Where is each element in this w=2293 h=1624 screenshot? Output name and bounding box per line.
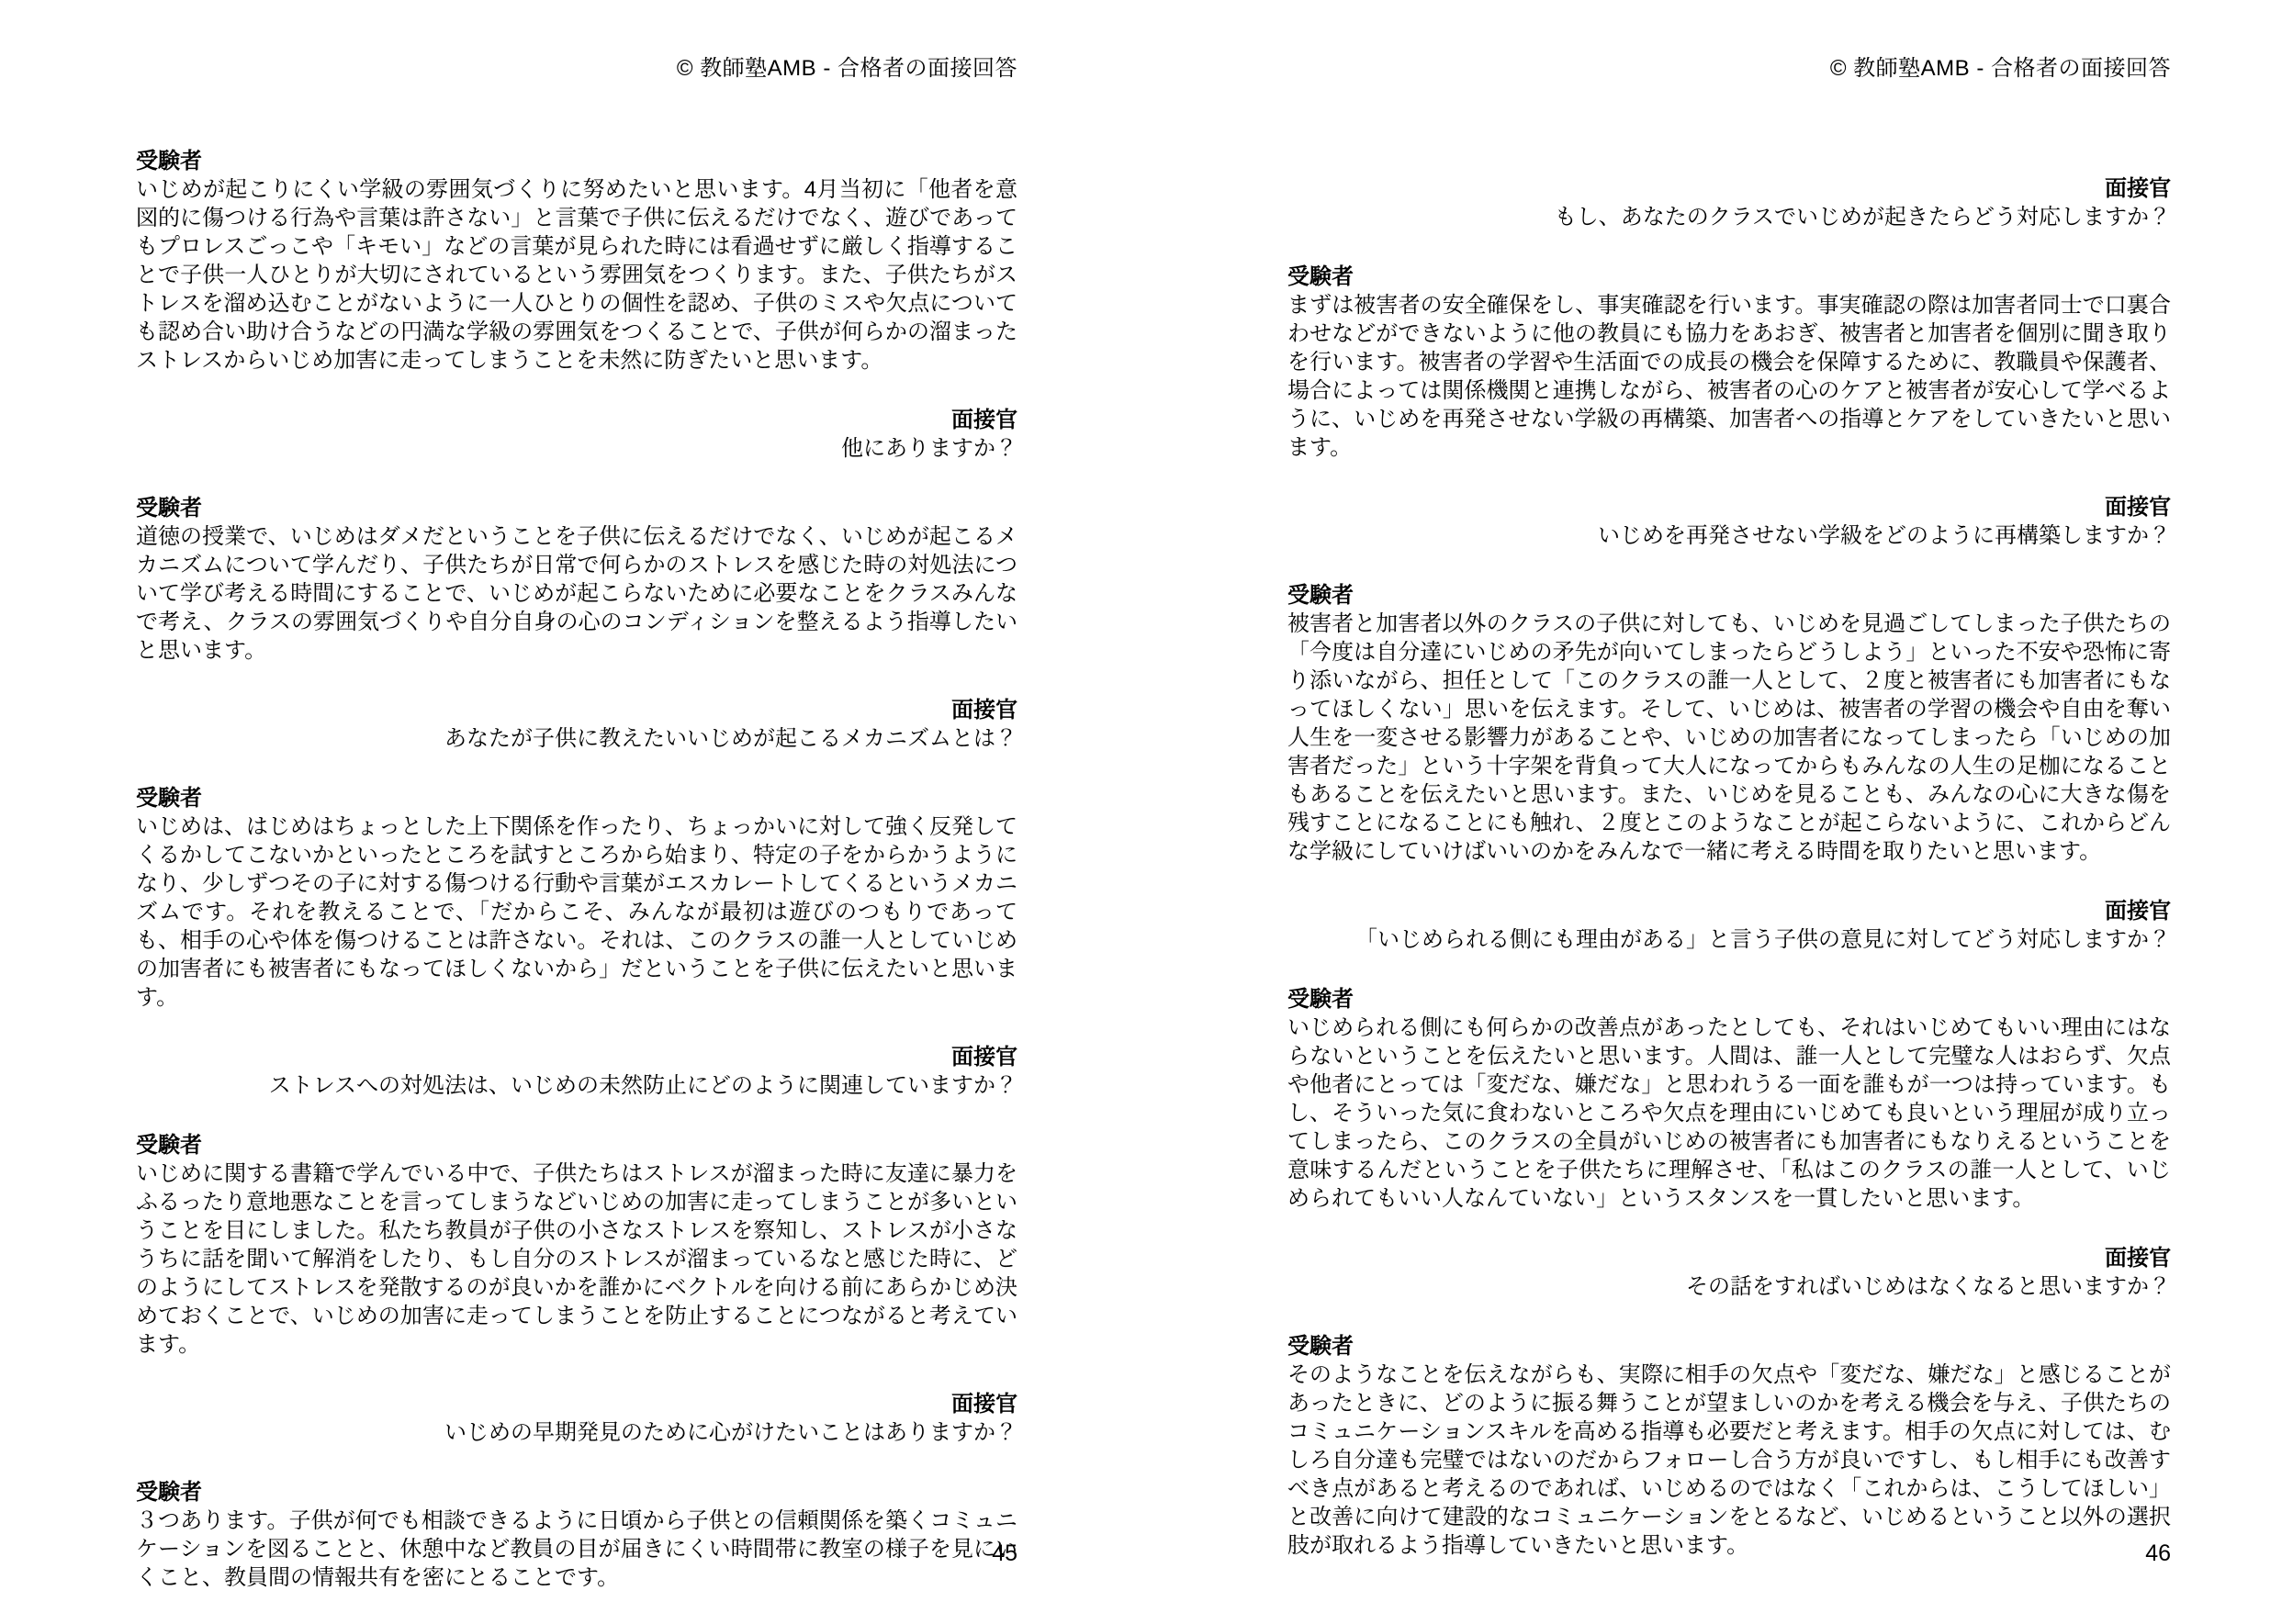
answer-block: 受験者 いじめは、はじめはちょっとした上下関係を作ったり、ちょっかいに対して強く…	[136, 784, 1017, 1012]
speaker-label-examinee: 受験者	[136, 494, 1017, 522]
question-block: 面接官 いじめの早期発見のために心がけたいことはありますか？	[136, 1390, 1017, 1447]
speaker-label-examinee: 受験者	[136, 784, 1017, 812]
question-block: 面接官 「いじめられる側にも理由がある」と言う子供の意見に対してどう対応しますか…	[1287, 897, 2171, 954]
page-number: 45	[992, 1540, 1017, 1567]
answer-text: 被害者と加害者以外のクラスの子供に対しても、いじめを見過ごしてしまった子供たちの…	[1287, 610, 2171, 866]
answer-text: いじめに関する書籍で学んでいる中で、子供たちはストレスが溜まった時に友達に暴力を…	[136, 1159, 1017, 1359]
speaker-label-examinee: 受験者	[1287, 263, 2171, 291]
page-header: © 教師塾AMB - 合格者の面接回答	[1287, 0, 2171, 83]
speaker-label-examinee: 受験者	[1287, 1332, 2171, 1361]
answer-text: いじめが起こりにくい学級の雰囲気づくりに努めたいと思います。4月当初に「他者を意…	[136, 175, 1017, 375]
question-text: その話をすればいじめはなくなると思いますか？	[1287, 1272, 2171, 1301]
question-block: 面接官 他にありますか？	[136, 406, 1017, 463]
answer-text: まずは被害者の安全確保をし、事実確認を行います。事実確認の際は加害者同士で口裏合…	[1287, 291, 2171, 462]
speaker-label-examinee: 受験者	[136, 1478, 1017, 1506]
answer-block: 受験者 被害者と加害者以外のクラスの子供に対しても、いじめを見過ごしてしまった子…	[1287, 581, 2171, 866]
answer-block: 受験者 道徳の授業で、いじめはダメだということを子供に伝えるだけでなく、いじめが…	[136, 494, 1017, 665]
page-header: © 教師塾AMB - 合格者の面接回答	[136, 0, 1017, 83]
page-number: 46	[2145, 1540, 2171, 1567]
answer-block: 受験者 いじめられる側にも何らかの改善点があったとしても、それはいじめてもいい理…	[1287, 985, 2171, 1213]
page-45-content: 受験者 いじめが起こりにくい学級の雰囲気づくりに努めたいと思います。4月当初に「…	[136, 147, 1017, 1592]
page-46: © 教師塾AMB - 合格者の面接回答 面接官 もし、あなたのクラスでいじめが起…	[1146, 0, 2293, 1624]
answer-block: 受験者 いじめが起こりにくい学級の雰囲気づくりに努めたいと思います。4月当初に「…	[136, 147, 1017, 375]
speaker-label-interviewer: 面接官	[1287, 1244, 2171, 1272]
speaker-label-interviewer: 面接官	[1287, 174, 2171, 203]
speaker-label-examinee: 受験者	[1287, 581, 2171, 610]
page-45: © 教師塾AMB - 合格者の面接回答 受験者 いじめが起こりにくい学級の雰囲気…	[0, 0, 1146, 1624]
answer-block: 受験者 そのようなことを伝えながらも、実際に相手の欠点や「変だな、嫌だな」と感じ…	[1287, 1332, 2171, 1560]
answer-block: 受験者 ３つあります。子供が何でも相談できるように日頃から子供との信頼関係を築く…	[136, 1478, 1017, 1592]
question-text: いじめの早期発見のために心がけたいことはありますか？	[136, 1418, 1017, 1447]
question-text: 「いじめられる側にも理由がある」と言う子供の意見に対してどう対応しますか？	[1287, 925, 2171, 954]
question-block: 面接官 あなたが子供に教えたいいじめが起こるメカニズムとは？	[136, 696, 1017, 753]
question-text: いじめを再発させない学級をどのように再構築しますか？	[1287, 521, 2171, 550]
question-text: ストレスへの対処法は、いじめの未然防止にどのように関連していますか？	[136, 1071, 1017, 1100]
speaker-label-interviewer: 面接官	[136, 1390, 1017, 1418]
question-text: 他にありますか？	[136, 434, 1017, 463]
speaker-label-interviewer: 面接官	[1287, 897, 2171, 925]
speaker-label-interviewer: 面接官	[136, 406, 1017, 434]
speaker-label-examinee: 受験者	[136, 1131, 1017, 1159]
question-block: 面接官 いじめを再発させない学級をどのように再構築しますか？	[1287, 493, 2171, 550]
speaker-label-examinee: 受験者	[136, 147, 1017, 175]
answer-text: いじめられる側にも何らかの改善点があったとしても、それはいじめてもいい理由にはな…	[1287, 1014, 2171, 1213]
answer-text: 道徳の授業で、いじめはダメだということを子供に伝えるだけでなく、いじめが起こるメ…	[136, 522, 1017, 665]
answer-block: 受験者 まずは被害者の安全確保をし、事実確認を行います。事実確認の際は加害者同士…	[1287, 263, 2171, 462]
speaker-label-examinee: 受験者	[1287, 985, 2171, 1014]
question-text: あなたが子供に教えたいいじめが起こるメカニズムとは？	[136, 724, 1017, 753]
answer-block: 受験者 いじめに関する書籍で学んでいる中で、子供たちはストレスが溜まった時に友達…	[136, 1131, 1017, 1359]
question-block: 面接官 その話をすればいじめはなくなると思いますか？	[1287, 1244, 2171, 1301]
answer-text: そのようなことを伝えながらも、実際に相手の欠点や「変だな、嫌だな」と感じることが…	[1287, 1361, 2171, 1560]
answer-text: ３つあります。子供が何でも相談できるように日頃から子供との信頼関係を築くコミュニ…	[136, 1506, 1017, 1592]
question-block: 面接官 もし、あなたのクラスでいじめが起きたらどう対応しますか？	[1287, 174, 2171, 231]
speaker-label-interviewer: 面接官	[136, 696, 1017, 724]
question-text: もし、あなたのクラスでいじめが起きたらどう対応しますか？	[1287, 203, 2171, 231]
speaker-label-interviewer: 面接官	[136, 1043, 1017, 1071]
question-block: 面接官 ストレスへの対処法は、いじめの未然防止にどのように関連していますか？	[136, 1043, 1017, 1100]
answer-text: いじめは、はじめはちょっとした上下関係を作ったり、ちょっかいに対して強く反発して…	[136, 812, 1017, 1012]
document-spread: © 教師塾AMB - 合格者の面接回答 受験者 いじめが起こりにくい学級の雰囲気…	[0, 0, 2293, 1624]
page-46-content: 面接官 もし、あなたのクラスでいじめが起きたらどう対応しますか？ 受験者 まずは…	[1287, 174, 2171, 1560]
speaker-label-interviewer: 面接官	[1287, 493, 2171, 521]
